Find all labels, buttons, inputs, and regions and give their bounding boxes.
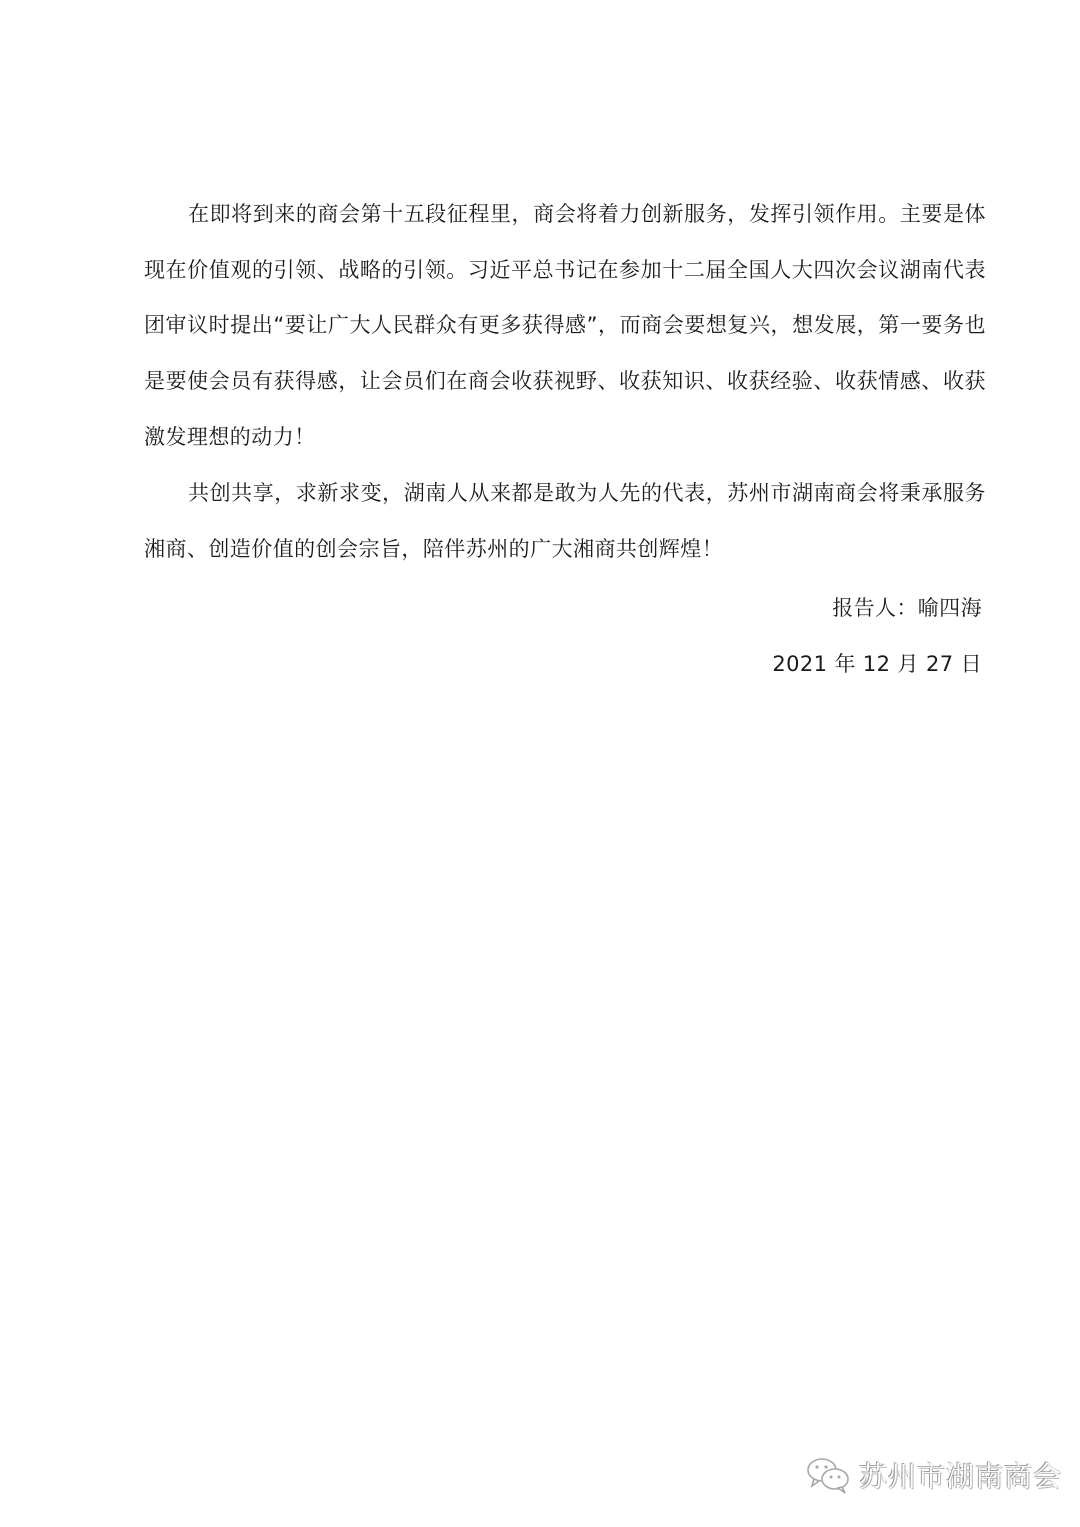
document-page: 在即将到来的商会第十五段征程里，商会将着力创新服务，发挥引领作用。主要是体现在价… bbox=[0, 0, 1080, 1527]
paragraph-2: 共创共享，求新求变，湖南人从来都是敢为人先的代表，苏州市湖南商会将秉承服务湘商、… bbox=[144, 466, 986, 577]
wechat-watermark: 苏州市湖南商会 bbox=[805, 1455, 1062, 1495]
watermark-account-name: 苏州市湖南商会 bbox=[859, 1455, 1062, 1495]
wechat-icon bbox=[805, 1455, 853, 1495]
paragraph-1: 在即将到来的商会第十五段征程里，商会将着力创新服务，发挥引领作用。主要是体现在价… bbox=[144, 187, 986, 466]
signature-line: 报告人：喻四海 bbox=[832, 594, 982, 622]
date-line: 2021 年 12 月 27 日 bbox=[772, 650, 982, 678]
